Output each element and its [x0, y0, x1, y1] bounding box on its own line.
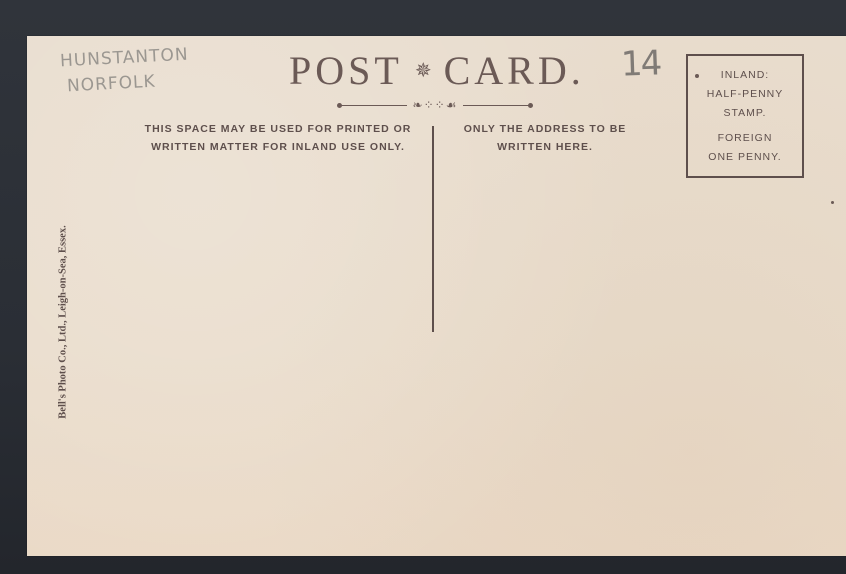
message-instruction-line: WRITTEN MATTER FOR INLAND USE ONLY.	[115, 138, 441, 156]
address-instruction-line: ONLY THE ADDRESS TO BE	[447, 120, 643, 138]
star-ornament-icon: ✵	[415, 58, 432, 83]
publisher-text: Bell's Photo Co., Ltd., Leigh-on-Sea, Es…	[58, 225, 69, 418]
stamp-label: STAMP.	[724, 104, 767, 123]
title-card: CARD.	[444, 47, 585, 94]
title-post: POST	[289, 47, 403, 94]
paper-speck	[831, 201, 834, 204]
address-area-instructions: ONLY THE ADDRESS TO BE WRITTEN HERE.	[447, 120, 643, 156]
paper-speck	[695, 74, 699, 78]
message-instruction-line: THIS SPACE MAY BE USED FOR PRINTED OR	[115, 120, 441, 138]
stamp-one-penny-label: ONE PENNY.	[708, 148, 781, 167]
postcard-back: HUNSTANTON NORFOLK 14 POST ✵ CARD. ❧⁘⁘☙ …	[27, 36, 846, 556]
message-area-instructions: THIS SPACE MAY BE USED FOR PRINTED OR WR…	[115, 120, 441, 156]
stamp-box: INLAND: HALF-PENNY STAMP. FOREIGN ONE PE…	[686, 54, 804, 178]
stamp-half-penny-label: HALF-PENNY	[707, 85, 784, 104]
publisher-imprint: Bell's Photo Co., Ltd., Leigh-on-Sea, Es…	[53, 186, 73, 458]
handwritten-location: HUNSTANTON	[60, 45, 190, 72]
address-instruction-line: WRITTEN HERE.	[447, 138, 643, 156]
title-ornament-rule: ❧⁘⁘☙	[339, 98, 531, 112]
handwritten-number: 14	[620, 43, 661, 84]
stamp-inland-label: INLAND:	[721, 66, 769, 85]
center-divider	[432, 126, 434, 332]
stamp-foreign-label: FOREIGN	[718, 129, 773, 148]
postcard-title: POST ✵ CARD.	[289, 50, 585, 90]
handwritten-county: NORFOLK	[67, 72, 157, 97]
ornament-rule-left	[339, 105, 407, 106]
floral-ornament-icon: ❧⁘⁘☙	[407, 98, 464, 112]
ornament-rule-right	[463, 105, 531, 106]
